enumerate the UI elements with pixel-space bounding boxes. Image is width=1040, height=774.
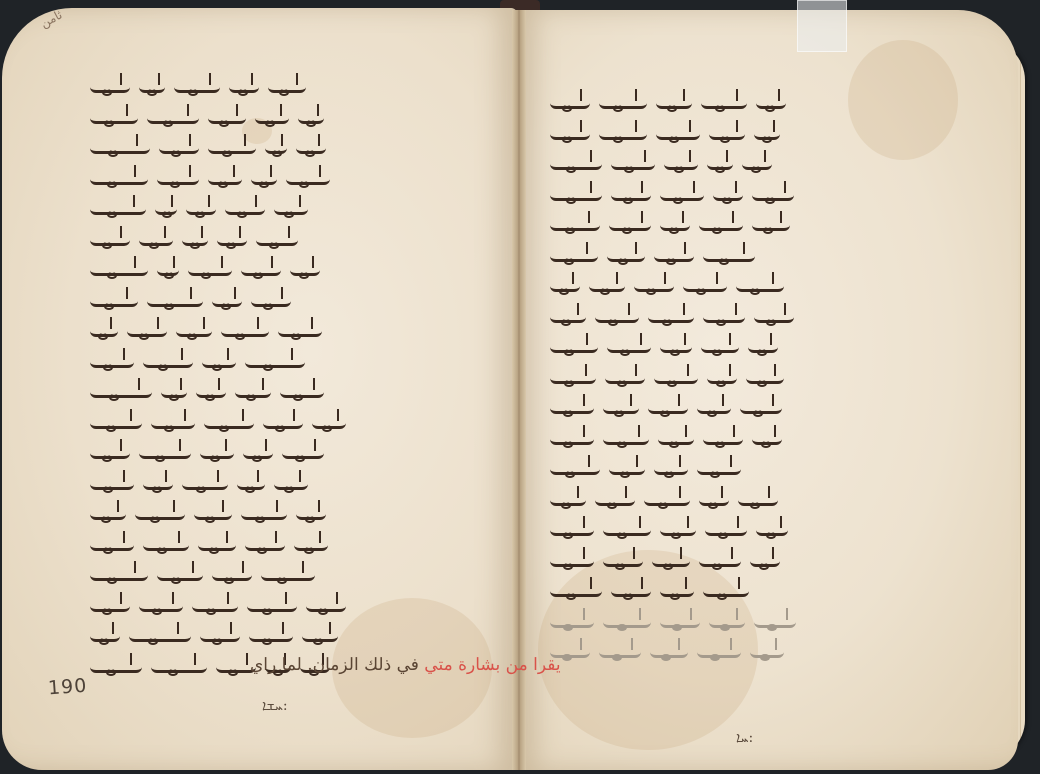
syriac-word — [174, 81, 220, 93]
syriac-word — [550, 158, 602, 170]
syriac-word — [90, 630, 120, 642]
syriac-word — [738, 494, 778, 506]
syriac-word — [217, 234, 247, 246]
syriac-word — [90, 569, 148, 581]
syriac-word — [225, 203, 265, 215]
script-line — [550, 119, 910, 150]
syriac-word — [754, 128, 780, 140]
syriac-word — [302, 630, 338, 642]
syriac-word — [198, 539, 236, 551]
syriac-word — [603, 524, 651, 536]
syriac-word — [595, 311, 639, 323]
syriac-word — [212, 569, 252, 581]
left-page-text — [90, 72, 480, 682]
arabic-rubric: يقرا من بشارة متي في ذلك الزمان. لما راي — [250, 655, 561, 675]
script-line — [550, 271, 910, 302]
syriac-word — [251, 173, 277, 185]
syriac-word — [699, 219, 743, 231]
syriac-word — [709, 616, 745, 628]
syriac-word — [280, 386, 324, 398]
syriac-word — [703, 311, 745, 323]
syriac-word — [251, 295, 291, 307]
script-line — [90, 347, 480, 378]
syriac-word — [139, 600, 183, 612]
syriac-word — [186, 203, 216, 215]
script-line — [550, 424, 910, 455]
syriac-word — [550, 402, 594, 414]
syriac-word — [752, 189, 794, 201]
syriac-word — [235, 386, 271, 398]
script-line — [550, 88, 910, 119]
script-line — [90, 72, 480, 103]
script-line — [90, 591, 480, 622]
syriac-word — [707, 158, 733, 170]
syriac-word — [650, 646, 688, 658]
syriac-word — [603, 555, 643, 567]
script-line — [550, 363, 910, 394]
syriac-word — [660, 341, 692, 353]
syriac-word — [648, 402, 688, 414]
syriac-word — [90, 325, 118, 337]
syriac-word — [159, 142, 199, 154]
syriac-word — [143, 356, 193, 368]
syriac-word — [90, 661, 142, 673]
syriac-word — [611, 189, 651, 201]
syriac-word — [202, 356, 236, 368]
script-line — [550, 576, 910, 607]
syriac-word — [90, 81, 130, 93]
syriac-word — [752, 219, 790, 231]
syriac-word — [683, 280, 727, 292]
syriac-word — [550, 219, 600, 231]
syriac-word — [204, 417, 254, 429]
syriac-word — [182, 234, 208, 246]
syriac-word — [746, 372, 784, 384]
syriac-word — [599, 97, 647, 109]
syriac-word — [90, 356, 134, 368]
syriac-word — [589, 280, 625, 292]
script-line — [90, 499, 480, 530]
syriac-word — [200, 447, 234, 459]
syriac-word — [157, 264, 179, 276]
syriac-word — [188, 264, 232, 276]
syriac-word — [127, 325, 167, 337]
syriac-word — [742, 158, 772, 170]
syriac-word — [599, 646, 641, 658]
syriac-word — [550, 463, 600, 475]
script-line — [90, 408, 480, 439]
syriac-word — [278, 325, 322, 337]
script-line — [90, 225, 480, 256]
syriac-word — [644, 494, 690, 506]
script-line — [90, 103, 480, 134]
script-line — [90, 286, 480, 317]
folio-number: 190 — [47, 675, 88, 700]
syriac-word — [740, 402, 782, 414]
syriac-word — [701, 97, 747, 109]
syriac-word — [707, 372, 737, 384]
syriac-word — [282, 447, 324, 459]
syriac-word — [550, 555, 594, 567]
syriac-word — [756, 97, 786, 109]
syriac-word — [654, 372, 698, 384]
script-line — [550, 241, 910, 272]
syriac-word — [192, 600, 238, 612]
syriac-word — [296, 142, 326, 154]
script-line — [90, 469, 480, 500]
syriac-word — [750, 555, 780, 567]
syriac-word — [550, 372, 596, 384]
right-page-text — [550, 88, 910, 668]
syriac-word — [603, 616, 651, 628]
script-line — [550, 607, 910, 638]
syriac-word — [200, 630, 240, 642]
syriac-word — [699, 494, 729, 506]
syriac-word — [237, 478, 265, 490]
syriac-word — [756, 524, 788, 536]
script-line — [550, 180, 910, 211]
syriac-word — [599, 128, 647, 140]
script-line — [90, 530, 480, 561]
syriac-word — [550, 97, 590, 109]
syriac-word — [603, 402, 639, 414]
syriac-word — [245, 539, 285, 551]
syriac-word — [296, 508, 326, 520]
script-line — [550, 302, 910, 333]
syriac-word — [90, 417, 142, 429]
syriac-word — [265, 142, 287, 154]
syriac-word — [550, 433, 594, 445]
syriac-word — [274, 478, 308, 490]
syriac-word — [306, 600, 346, 612]
syriac-word — [129, 630, 191, 642]
syriac-word — [261, 569, 315, 581]
syriac-word — [155, 203, 177, 215]
syriac-word — [752, 433, 782, 445]
syriac-word — [611, 585, 651, 597]
syriac-word — [221, 325, 269, 337]
syriac-word — [263, 417, 303, 429]
script-line — [90, 560, 480, 591]
syriac-word — [90, 478, 134, 490]
syriac-word — [157, 173, 199, 185]
syriac-word — [697, 646, 741, 658]
syriac-word — [713, 189, 743, 201]
syriac-word — [255, 112, 289, 124]
syriac-word — [90, 203, 146, 215]
syriac-word — [609, 219, 651, 231]
syriac-word — [550, 311, 586, 323]
syriac-word — [697, 463, 741, 475]
syriac-word — [550, 585, 602, 597]
syriac-word — [605, 372, 645, 384]
syriac-word — [90, 142, 150, 154]
syriac-word — [748, 341, 778, 353]
syriac-word — [143, 539, 189, 551]
syriac-word — [697, 402, 731, 414]
syriac-word — [90, 112, 138, 124]
syriac-word — [208, 173, 242, 185]
script-line — [90, 255, 480, 286]
syriac-word — [229, 81, 259, 93]
syriac-word — [652, 555, 690, 567]
syriac-word — [208, 142, 256, 154]
syriac-word — [705, 524, 747, 536]
syriac-word — [750, 646, 784, 658]
syriac-word — [194, 508, 232, 520]
syriac-word — [736, 280, 784, 292]
manuscript-photo: ثامن يقرا من بشارة متي في ذلك الزمان. لم… — [0, 0, 1040, 774]
syriac-word — [658, 433, 694, 445]
syriac-word — [90, 508, 126, 520]
syriac-word — [176, 325, 212, 337]
script-line — [550, 332, 910, 363]
syriac-word — [550, 524, 594, 536]
script-line — [550, 210, 910, 241]
syriac-word — [550, 189, 602, 201]
syriac-word — [609, 463, 645, 475]
syriac-word — [161, 386, 187, 398]
syriac-word — [550, 280, 580, 292]
script-line — [550, 637, 910, 668]
syriac-word — [701, 341, 739, 353]
syriac-word — [286, 173, 330, 185]
syriac-word — [660, 585, 694, 597]
syriac-word — [290, 264, 320, 276]
syriac-word — [268, 81, 306, 93]
syriac-word — [709, 128, 745, 140]
syriac-word — [196, 386, 226, 398]
syriac-word — [139, 234, 173, 246]
syriac-word — [90, 264, 148, 276]
syriac-word — [90, 173, 148, 185]
syriac-word — [699, 555, 741, 567]
syriac-word — [654, 463, 688, 475]
script-line — [550, 393, 910, 424]
syriac-word — [249, 630, 293, 642]
syriac-word — [90, 600, 130, 612]
syriac-word — [241, 508, 287, 520]
syriac-word — [660, 616, 700, 628]
syriac-word — [157, 569, 203, 581]
right-closing-mark: ܚܐ: — [736, 730, 753, 746]
syriac-word — [648, 311, 694, 323]
syriac-word — [90, 539, 134, 551]
syriac-word — [660, 524, 696, 536]
script-line — [550, 454, 910, 485]
syriac-word — [660, 189, 704, 201]
script-line — [90, 133, 480, 164]
syriac-word — [654, 250, 694, 262]
syriac-word — [754, 616, 796, 628]
syriac-word — [298, 112, 324, 124]
syriac-word — [603, 433, 649, 445]
script-line — [90, 164, 480, 195]
left-closing-mark: ܚܫܐ: — [262, 698, 288, 714]
syriac-word — [595, 494, 635, 506]
syriac-word — [147, 295, 203, 307]
script-line — [550, 546, 910, 577]
syriac-word — [208, 112, 246, 124]
syriac-word — [135, 508, 185, 520]
syriac-word — [151, 417, 195, 429]
syriac-word — [241, 264, 281, 276]
syriac-word — [550, 250, 598, 262]
syriac-word — [664, 158, 698, 170]
syriac-word — [660, 219, 690, 231]
script-line — [550, 515, 910, 546]
syriac-word — [256, 234, 298, 246]
script-line — [90, 316, 480, 347]
syriac-word — [754, 311, 794, 323]
syriac-word — [139, 81, 165, 93]
script-line — [90, 621, 480, 652]
syriac-word — [143, 478, 173, 490]
syriac-word — [550, 128, 590, 140]
syriac-word — [607, 341, 651, 353]
syriac-word — [212, 295, 242, 307]
syriac-word — [703, 585, 749, 597]
syriac-word — [274, 203, 308, 215]
syriac-word — [611, 158, 655, 170]
syriac-word — [607, 250, 645, 262]
script-line — [90, 377, 480, 408]
syriac-word — [550, 341, 598, 353]
syriac-word — [312, 417, 346, 429]
syriac-word — [151, 661, 207, 673]
syriac-word — [90, 234, 130, 246]
rubric-brown-text: في ذلك الزمان. لما راي — [250, 655, 419, 675]
syriac-word — [656, 128, 700, 140]
syriac-word — [245, 356, 305, 368]
rubric-red-text: يقرا من بشارة متي — [424, 655, 560, 675]
syriac-word — [550, 616, 594, 628]
script-line — [550, 485, 910, 516]
syriac-word — [703, 250, 755, 262]
syriac-word — [147, 112, 199, 124]
syriac-word — [182, 478, 228, 490]
syriac-word — [139, 447, 191, 459]
tape-strip — [797, 0, 847, 52]
script-line — [90, 438, 480, 469]
script-line — [90, 194, 480, 225]
syriac-word — [243, 447, 273, 459]
syriac-word — [656, 97, 692, 109]
syriac-word — [247, 600, 297, 612]
syriac-word — [90, 295, 138, 307]
syriac-word — [90, 386, 152, 398]
syriac-word — [703, 433, 743, 445]
syriac-word — [634, 280, 674, 292]
syriac-word — [294, 539, 328, 551]
syriac-word — [550, 494, 586, 506]
script-line — [550, 149, 910, 180]
syriac-word — [90, 447, 130, 459]
